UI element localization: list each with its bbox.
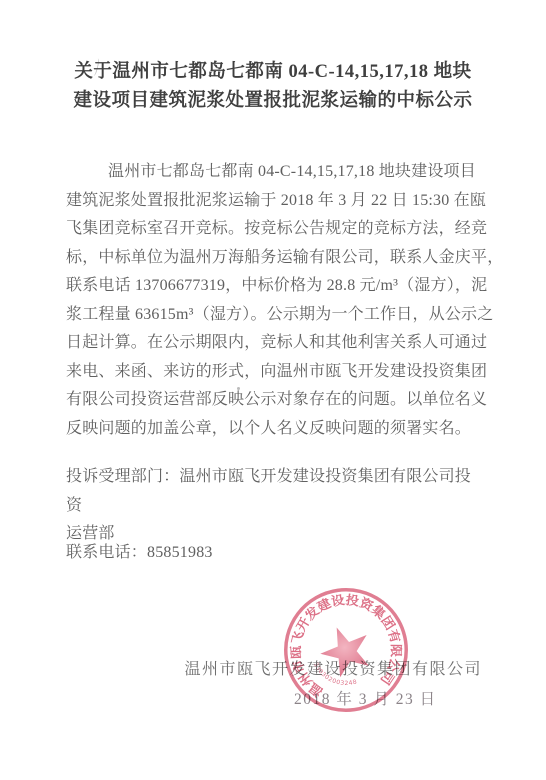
- body-line: 标，中标单位为温州万海船务运输有限公司，联系人金庆平，: [66, 244, 482, 273]
- body-line: 浆工程量 63615m³（湿方）。公示期为一个工作日，从公示之: [66, 301, 482, 330]
- document-title-line1: 关于温州市七都岛七都南 04-C-14,15,17,18 地块: [0, 58, 546, 87]
- body-line: 温州市七都岛七都南 04-C-14,15,17,18 地块建设项目: [66, 158, 482, 187]
- body-line: 联系电话 13706677319，中标价格为 28.8 元/m³（湿方），泥: [66, 272, 482, 301]
- document-page: 关于温州市七都岛七都南 04-C-14,15,17,18 地块 建设项目建筑泥浆…: [0, 0, 546, 780]
- contact-phone: 联系电话：85851983: [66, 539, 213, 562]
- body-line: 有限公司投资运营部反映公示对象存在的问题。以单位名义: [66, 386, 482, 415]
- body-line: 来电、来函、来访的形式，向温州市瓯飞开发建设投资集团: [66, 358, 482, 387]
- complaint-line1: 投诉受理部门：温州市瓯飞开发建设投资集团有限公司投资: [66, 463, 482, 520]
- complaint-department: 投诉受理部门：温州市瓯飞开发建设投资集团有限公司投资 运营部: [66, 463, 482, 549]
- document-title: 关于温州市七都岛七都南 04-C-14,15,17,18 地块 建设项目建筑泥浆…: [0, 58, 546, 115]
- body-line: 飞集团竞标室召开竞标。按竞标公告规定的竞标方法，经竞: [66, 215, 482, 244]
- official-seal-stamp: 温州市瓯飞开发建设投资集团有限公司 330302003248: [269, 573, 423, 727]
- body-line: 反映问题的加盖公章，以个人名义反映问题的须署实名。: [66, 415, 482, 444]
- body-line: 建筑泥浆处置报批泥浆运输于 2018 年 3 月 22 日 15:30 在瓯: [66, 187, 482, 216]
- body-line: 日起计算。在公示期限内，竞标人和其他利害关系人可通过: [66, 329, 482, 358]
- document-title-line2: 建设项目建筑泥浆处置报批泥浆运输的中标公示: [0, 87, 546, 116]
- document-body: 温州市七都岛七都南 04-C-14,15,17,18 地块建设项目 建筑泥浆处置…: [66, 158, 482, 443]
